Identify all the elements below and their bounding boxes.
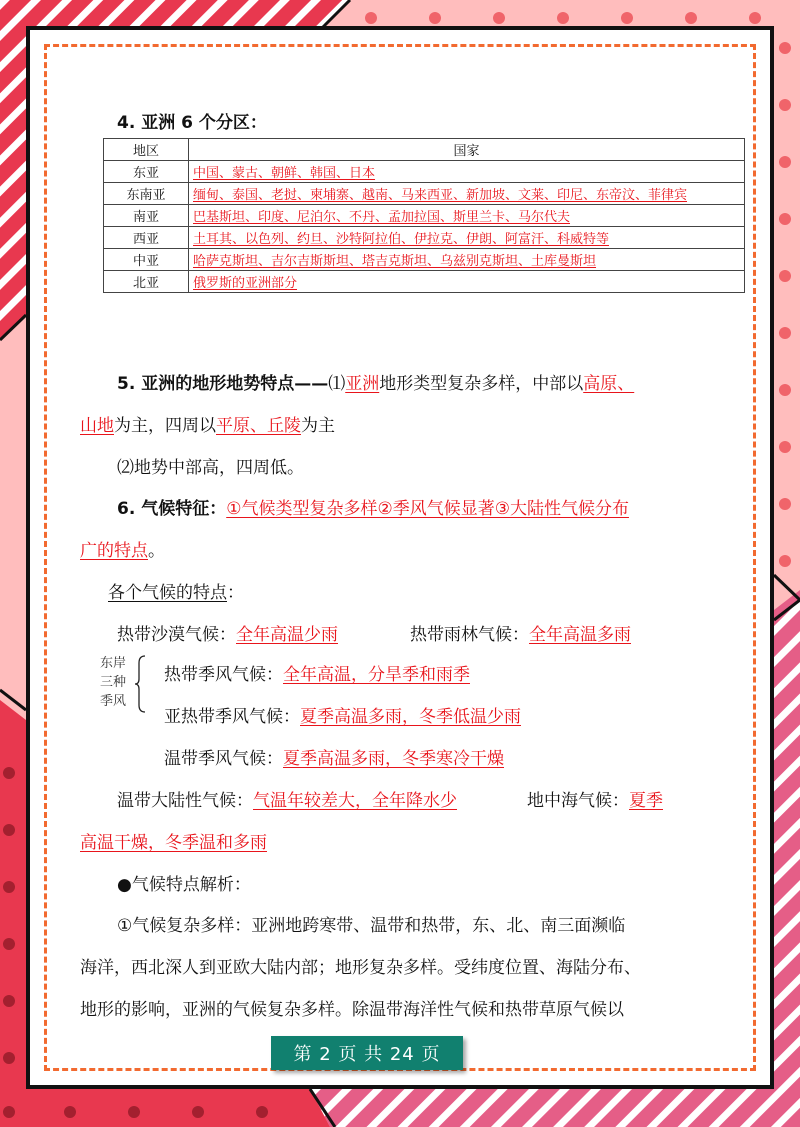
table-row: 北亚 俄罗斯的亚洲部分 bbox=[104, 271, 745, 293]
climate-label: 温带大陆性气候： bbox=[117, 791, 253, 811]
climate-mediterranean: 地中海气候：夏季 bbox=[527, 786, 663, 811]
climate-desert: 热带沙漠气候：全年高温少雨 bbox=[117, 620, 338, 645]
countries-cell: 巴基斯坦、印度、尼泊尔、不丹、孟加拉国、斯里兰卡、马尔代夫 bbox=[189, 205, 745, 227]
climate-label: 地中海气候： bbox=[527, 791, 629, 811]
region-cell: 西亚 bbox=[104, 227, 189, 249]
section-5-line-1: 5. 亚洲的地形地势特点——⑴亚洲地形类型复杂多样，中部以高原、 bbox=[117, 369, 634, 394]
body-text: ： bbox=[227, 583, 244, 603]
section-5-line-3: ⑵地势中部高，四周低。 bbox=[117, 453, 304, 478]
region-cell: 东亚 bbox=[104, 161, 189, 183]
answer-blank: 全年高温少雨 bbox=[236, 625, 338, 645]
table-row: 西亚 土耳其、以色列、约旦、沙特阿拉伯、伊拉克、伊朗、阿富汗、科威特等 bbox=[104, 227, 745, 249]
answer-blank: 全年高温，分旱季和雨季 bbox=[283, 665, 470, 685]
answer-blank: 广的特点 bbox=[80, 541, 148, 561]
countries-cell: 哈萨克斯坦、吉尔吉斯斯坦、塔吉克斯坦、乌兹别克斯坦、土库曼斯坦 bbox=[189, 249, 745, 271]
table-row: 南亚 巴基斯坦、印度、尼泊尔、不丹、孟加拉国、斯里兰卡、马尔代夫 bbox=[104, 205, 745, 227]
section-6-line-1: 6. 气候特征：①气候类型复杂多样②季风气候显著③大陆性气候分布 bbox=[117, 494, 629, 519]
countries-cell: 中国、蒙古、朝鲜、韩国、日本 bbox=[189, 161, 745, 183]
body-text: 。 bbox=[148, 541, 165, 561]
answer-blank: 亚洲 bbox=[345, 374, 379, 394]
climate-mediterranean-cont: 高温干燥，冬季温和多雨 bbox=[80, 828, 267, 853]
answer-blank: 高温干燥，冬季温和多雨 bbox=[80, 833, 267, 853]
body-text: 为主 bbox=[301, 416, 335, 436]
climate-subheading: 各个气候的特点： bbox=[108, 578, 244, 603]
analysis-line: 地形的影响，亚洲的气候复杂多样。除温带海洋性气候和热带草原气候以 bbox=[80, 995, 624, 1020]
regions-table: 地区 国家 东亚 中国、蒙古、朝鲜、韩国、日本 东南亚 缅甸、泰国、老挝、柬埔寨… bbox=[103, 138, 745, 293]
climate-rainforest: 热带雨林气候：全年高温多雨 bbox=[410, 620, 631, 645]
table-header-row: 地区 国家 bbox=[104, 139, 745, 161]
climate-label: 热带季风气候： bbox=[164, 665, 283, 685]
section-4-title: 4. 亚洲 6 个分区： bbox=[117, 108, 267, 133]
answer-blank: 全年高温多雨 bbox=[529, 625, 631, 645]
climate-tropical-monsoon: 热带季风气候：全年高温，分旱季和雨季 bbox=[164, 660, 470, 685]
region-cell: 北亚 bbox=[104, 271, 189, 293]
section-6-title: 6. 气候特征： bbox=[117, 499, 226, 519]
answer-blank: 夏季高温多雨，冬季低温少雨 bbox=[300, 707, 521, 727]
table-row: 东南亚 缅甸、泰国、老挝、柬埔寨、越南、马来西亚、新加坡、文莱、印尼、东帝汶、菲… bbox=[104, 183, 745, 205]
table-row: 东亚 中国、蒙古、朝鲜、韩国、日本 bbox=[104, 161, 745, 183]
countries-cell: 土耳其、以色列、约旦、沙特阿拉伯、伊拉克、伊朗、阿富汗、科威特等 bbox=[189, 227, 745, 249]
body-text: 为主，四周以 bbox=[114, 416, 216, 436]
table-row: 中亚 哈萨克斯坦、吉尔吉斯斯坦、塔吉克斯坦、乌兹别克斯坦、土库曼斯坦 bbox=[104, 249, 745, 271]
analysis-heading: ●气候特点解析： bbox=[117, 870, 251, 895]
countries-cell: 缅甸、泰国、老挝、柬埔寨、越南、马来西亚、新加坡、文莱、印尼、东帝汶、菲律宾 bbox=[189, 183, 745, 205]
answer-blank: 山地 bbox=[80, 416, 114, 436]
region-cell: 东南亚 bbox=[104, 183, 189, 205]
section-6-line-2: 广的特点。 bbox=[80, 536, 165, 561]
answer-blank: 夏季 bbox=[629, 791, 663, 811]
answer-blank: 气温年较差大，全年降水少 bbox=[253, 791, 457, 811]
climate-label: 温带季风气候： bbox=[164, 749, 283, 769]
answer-blank: 平原、丘陵 bbox=[216, 416, 301, 436]
east-coast-monsoon-label: 东岸 三种 季风 bbox=[100, 654, 126, 711]
page-indicator: 第 2 页 共 24 页 bbox=[271, 1036, 463, 1070]
climate-label: 热带雨林气候： bbox=[410, 625, 529, 645]
climate-subtropical-monsoon: 亚热带季风气候：夏季高温多雨，冬季低温少雨 bbox=[164, 702, 521, 727]
header-countries: 国家 bbox=[189, 139, 745, 161]
answer-blank: 夏季高温多雨，冬季寒冷干燥 bbox=[283, 749, 504, 769]
analysis-line: 海洋，西北深人到亚欧大陆内部；地形复杂多样。受纬度位置、海陆分布、 bbox=[80, 953, 641, 978]
header-region: 地区 bbox=[104, 139, 189, 161]
item-marker: ⑴ bbox=[328, 374, 345, 394]
section-5-line-2: 山地为主，四周以平原、丘陵为主 bbox=[80, 411, 335, 436]
analysis-line: ①气候复杂多样：亚洲地跨寒带、温带和热带，东、北、南三面濒临 bbox=[117, 911, 625, 936]
answer-blank: 高原、 bbox=[583, 374, 634, 394]
label-line: 东岸 bbox=[100, 654, 126, 673]
climate-label: 亚热带季风气候： bbox=[164, 707, 300, 727]
label-line: 季风 bbox=[100, 692, 126, 711]
body-text: 地形类型复杂多样，中部以 bbox=[379, 374, 583, 394]
section-5-title: 5. 亚洲的地形地势特点—— bbox=[117, 374, 328, 394]
region-cell: 南亚 bbox=[104, 205, 189, 227]
countries-cell: 俄罗斯的亚洲部分 bbox=[189, 271, 745, 293]
climate-temperate-monsoon: 温带季风气候：夏季高温多雨，冬季寒冷干燥 bbox=[164, 744, 504, 769]
answer-blank: ①气候类型复杂多样②季风气候显著③大陆性气候分布 bbox=[226, 499, 629, 519]
climate-label: 热带沙漠气候： bbox=[117, 625, 236, 645]
curly-brace-icon bbox=[134, 655, 146, 713]
document-content: 4. 亚洲 6 个分区： 地区 国家 东亚 中国、蒙古、朝鲜、韩国、日本 东南亚… bbox=[0, 0, 800, 1127]
label-line: 三种 bbox=[100, 673, 126, 692]
region-cell: 中亚 bbox=[104, 249, 189, 271]
subheading-text: 各个气候的特点 bbox=[108, 583, 227, 603]
climate-continental: 温带大陆性气候：气温年较差大，全年降水少 bbox=[117, 786, 457, 811]
